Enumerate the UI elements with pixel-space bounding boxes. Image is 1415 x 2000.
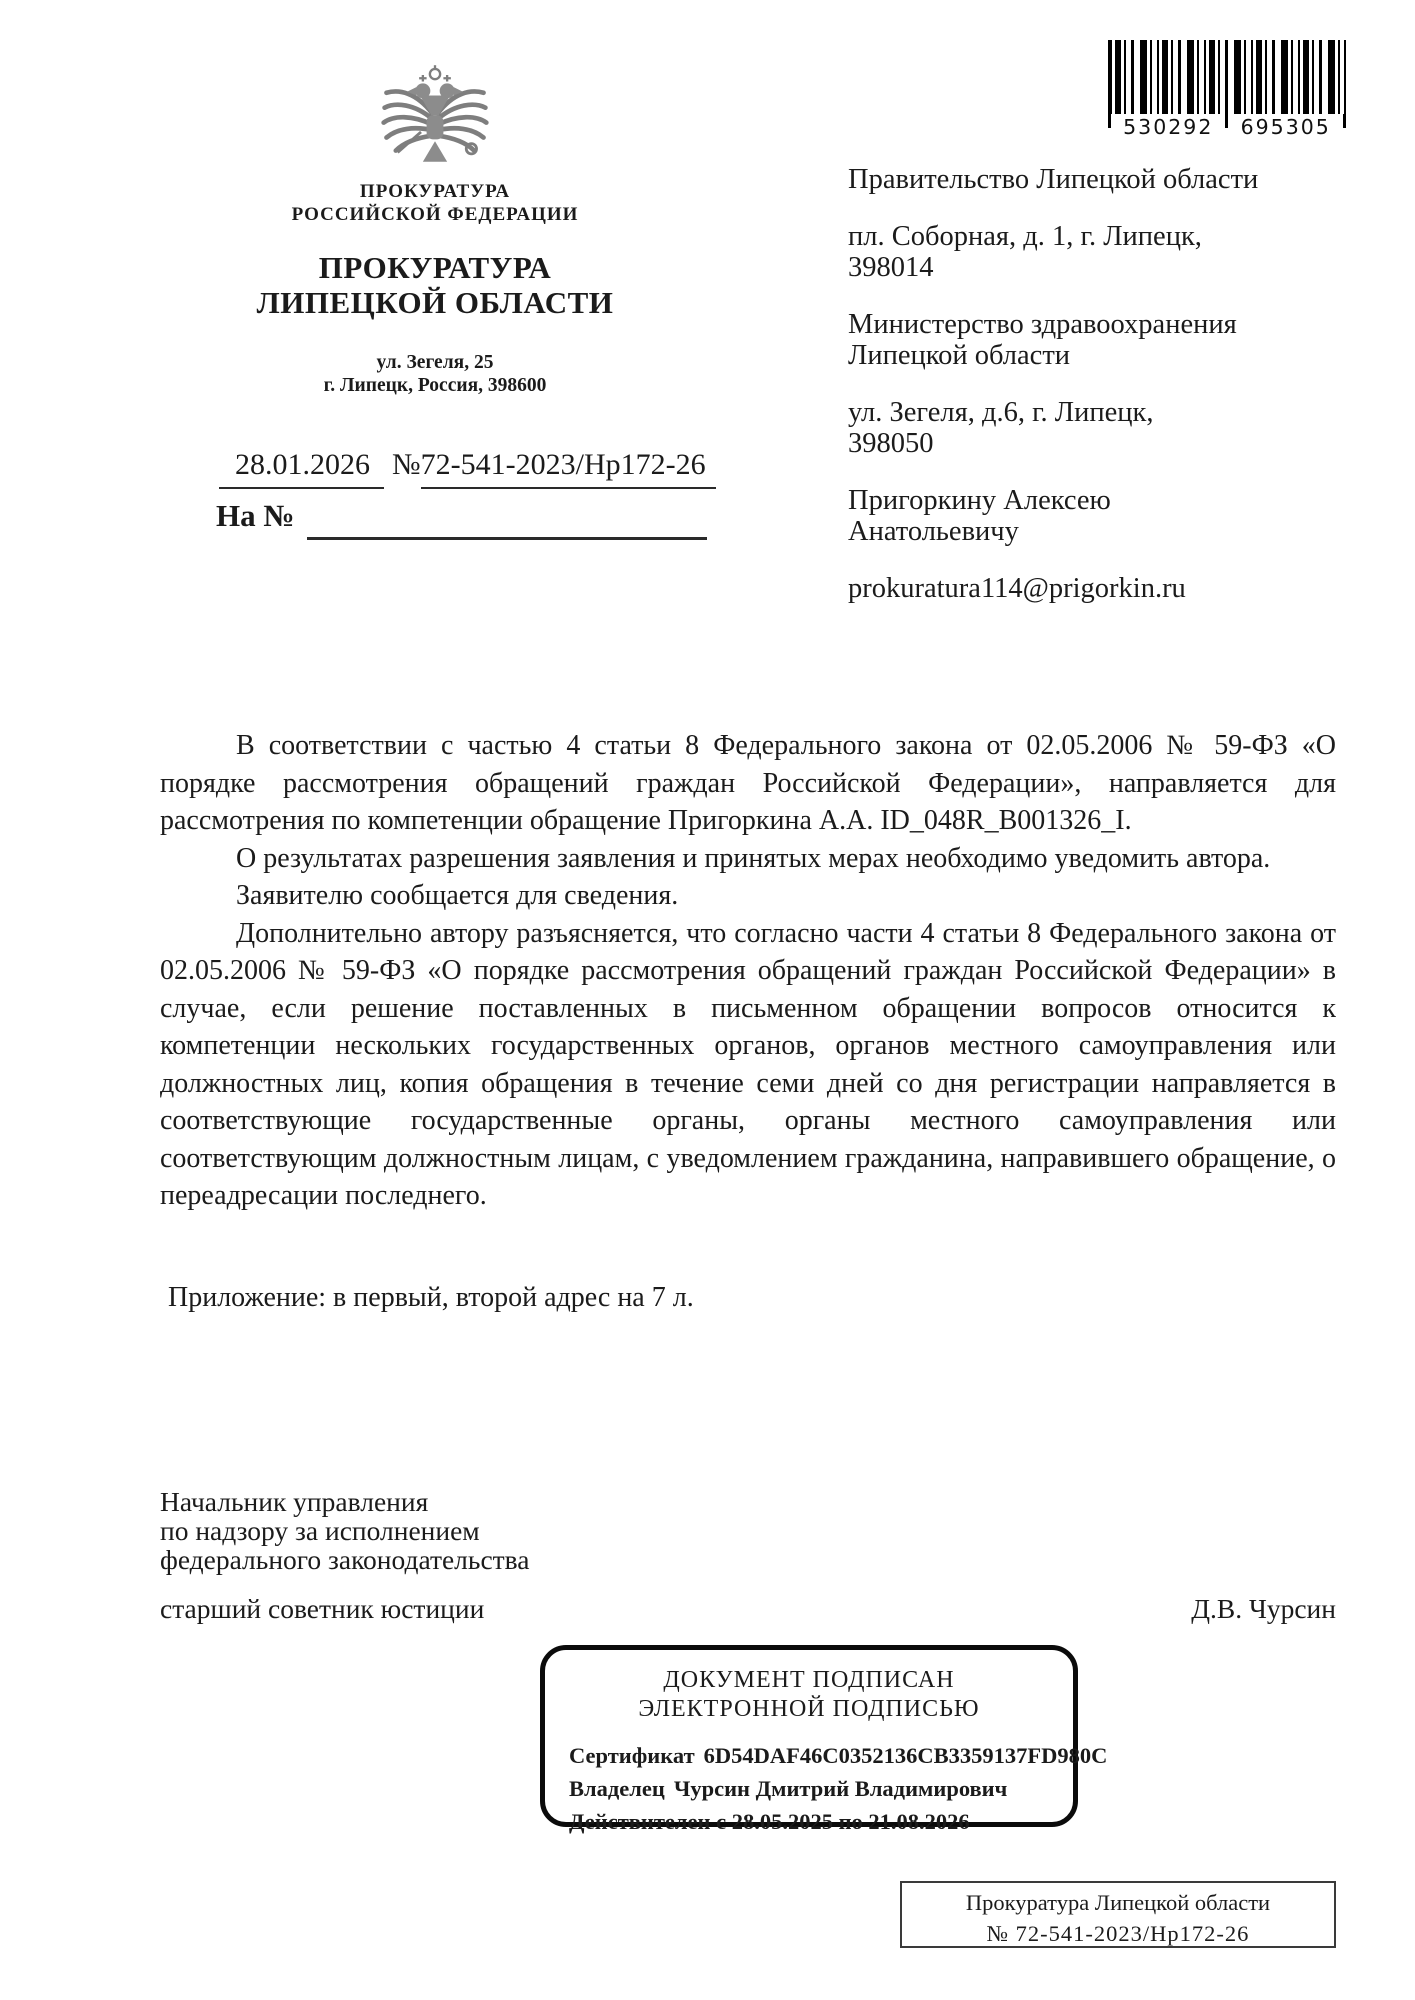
body-paragraph: Дополнительно автору разъясняется, что с… xyxy=(160,915,1336,1215)
electronic-signature-stamp: ДОКУМЕНТ ПОДПИСАН ЭЛЕКТРОННОЙ ПОДПИСЬЮ С… xyxy=(540,1645,1078,1827)
recipient-person: Пригоркину Алексею Анатольевичу xyxy=(848,485,1353,547)
recipient-org-2: Министерство здравоохранения Липецкой об… xyxy=(848,309,1353,371)
recipient-address-2: ул. Зегеля, д.6, г. Липецк, 398050 xyxy=(848,397,1353,459)
footer-org-name: Прокуратура Липецкой области xyxy=(902,1890,1334,1916)
recipient-block: Правительство Липецкой области пл. Собор… xyxy=(848,164,1353,630)
footer-reference-number: № 72-541-2023/Нр172-26 xyxy=(902,1921,1334,1947)
org-address: ул. Зегеля, 25 г. Липецк, Россия, 398600 xyxy=(170,351,700,397)
barcode-guard-bar xyxy=(1343,114,1346,128)
reply-to-blank-field xyxy=(307,537,707,540)
barcode-right-digits: 695305 xyxy=(1241,114,1331,139)
letter-body: В соответствии с частью 4 статьи 8 Федер… xyxy=(160,727,1336,1316)
outgoing-date: 28.01.2026 xyxy=(219,448,384,489)
body-paragraph: Заявителю сообщается для сведения. xyxy=(160,877,1336,915)
body-paragraph: О результатах разрешения заявления и при… xyxy=(160,840,1336,878)
parent-org-name: ПРОКУРАТУРА РОССИЙСКОЙ ФЕДЕРАЦИИ xyxy=(170,180,700,226)
stamp-owner-row: ВладелецЧурсин Дмитрий Владимирович xyxy=(569,1772,1049,1805)
recipient-org-1: Правительство Липецкой области xyxy=(848,164,1353,195)
stamp-certificate-row: Сертификат6D54DAF46C0352136CB3359137FD98… xyxy=(569,1739,1049,1772)
signature-block: Начальник управления по надзору за испол… xyxy=(160,1487,1336,1623)
owner-value: Чурсин Дмитрий Владимирович xyxy=(674,1776,1008,1801)
certificate-value: 6D54DAF46C0352136CB3359137FD980C xyxy=(704,1743,1108,1768)
reply-to-label: На № xyxy=(216,498,295,533)
outgoing-number: 72-541-2023/Нр172-26 xyxy=(421,448,716,489)
barcode-guard-bar xyxy=(1225,114,1228,128)
signer-rank: старший советник юстиции xyxy=(160,1594,484,1623)
org-name: ПРОКУРАТУРА ЛИПЕЦКОЙ ОБЛАСТИ xyxy=(170,250,700,320)
barcode-bars xyxy=(1108,40,1346,114)
official-letter-page: ПРОКУРАТУРА РОССИЙСКОЙ ФЕДЕРАЦИИ ПРОКУРА… xyxy=(0,0,1415,2000)
barcode-left-digits: 530292 xyxy=(1123,114,1213,139)
recipient-email: prokuratura114@prigorkin.ru xyxy=(848,573,1353,604)
outgoing-reference-line: 28.01.2026№72-541-2023/Нр172-26 xyxy=(219,448,716,489)
recipient-address-1: пл. Соборная, д. 1, г. Липецк, 398014 xyxy=(848,221,1353,283)
registration-barcode: 530292 695305 xyxy=(1108,40,1346,138)
stamp-title: ДОКУМЕНТ ПОДПИСАН ЭЛЕКТРОННОЙ ПОДПИСЬЮ xyxy=(569,1666,1049,1724)
number-sign: № xyxy=(392,448,421,482)
stamp-validity-row: Действителен с 28.05.2025 по 21.08.2026 xyxy=(569,1805,1049,1838)
signer-name: Д.В. Чурсин xyxy=(1191,1594,1336,1623)
reply-to-line: На № xyxy=(216,498,707,534)
letterhead: ПРОКУРАТУРА РОССИЙСКОЙ ФЕДЕРАЦИИ ПРОКУРА… xyxy=(170,52,700,397)
attachment-note: Приложение: в первый, второй адрес на 7 … xyxy=(160,1279,1336,1317)
russia-coat-of-arms-icon xyxy=(379,64,491,170)
body-paragraph: В соответствии с частью 4 статьи 8 Федер… xyxy=(160,727,1336,840)
certificate-label: Сертификат xyxy=(569,1743,695,1768)
barcode-guard-bar xyxy=(1108,114,1111,128)
signer-position: Начальник управления по надзору за испол… xyxy=(160,1487,1336,1574)
owner-label: Владелец xyxy=(569,1776,665,1801)
footer-reference-box: Прокуратура Липецкой области № 72-541-20… xyxy=(900,1881,1336,1948)
